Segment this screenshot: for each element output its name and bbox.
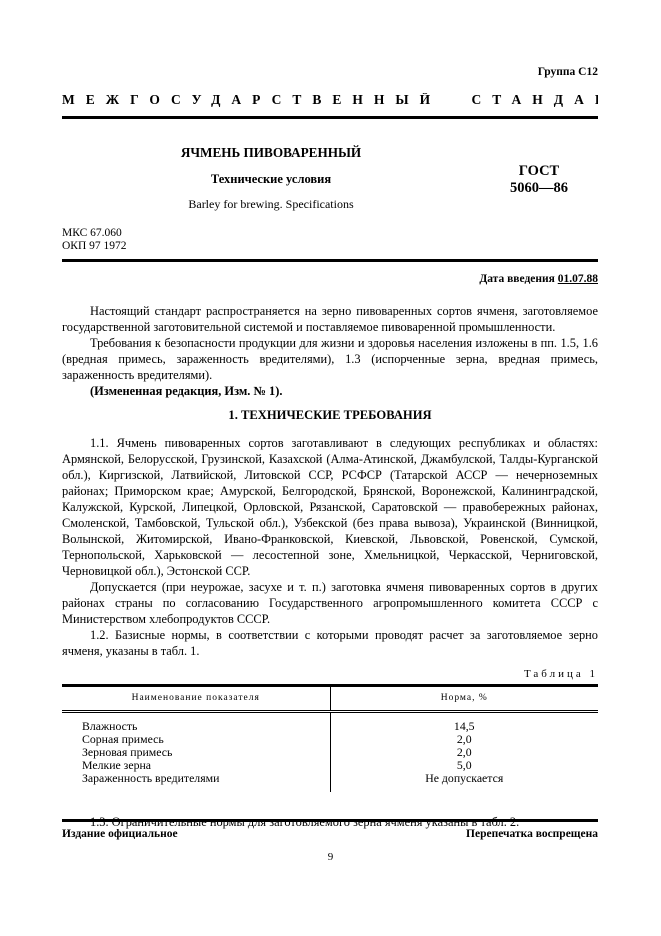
amendment-note: (Измененная редакция, Изм. № 1).	[62, 383, 598, 399]
group-label: Группа С12	[62, 0, 598, 78]
row-value: 14,5	[330, 712, 598, 734]
gost-designation: ГОСТ 5060—86	[480, 163, 598, 211]
title-block: ЯЧМЕНЬ ПИВОВАРЕННЫЙ Технические условия …	[62, 146, 598, 211]
effective-date-value: 01.07.88	[558, 273, 598, 285]
standard-type-heading: МЕЖГОСУДАРСТВЕННЫЙ СТАНДАРТ	[62, 93, 598, 107]
document-body: Настоящий стандарт распространяется на з…	[62, 303, 598, 830]
paragraph-safety: Требования к безопасности продукции для …	[62, 335, 598, 383]
table-row: Зараженность вредителями Не допускается	[62, 772, 598, 792]
okp-code: ОКП 97 1972	[62, 240, 598, 253]
document-subtitle: Технические условия	[62, 173, 480, 186]
gost-designation-label: ГОСТ	[480, 163, 598, 180]
section-1-heading: 1. ТЕХНИЧЕСКИЕ ТРЕБОВАНИЯ	[62, 407, 598, 423]
document-page: Группа С12 МЕЖГОСУДАРСТВЕННЫЙ СТАНДАРТ Я…	[0, 0, 661, 936]
row-value: Не допускается	[330, 772, 598, 792]
footer: Издание официальное Перепечатка воспреще…	[62, 819, 598, 841]
official-edition-label: Издание официальное	[62, 828, 178, 841]
gost-designation-number: 5060—86	[480, 180, 598, 197]
effective-date-label: Дата введения	[479, 273, 555, 285]
document-title: ЯЧМЕНЬ ПИВОВАРЕННЫЙ	[62, 146, 480, 160]
table-row: Влажность 14,5	[62, 712, 598, 734]
column-header-norm: Норма, %	[330, 686, 598, 712]
paragraph-allowance: Допускается (при неурожае, засухе и т. п…	[62, 579, 598, 627]
row-label: Зараженность вредителями	[62, 772, 330, 792]
mks-code: МКС 67.060	[62, 227, 598, 240]
classification-codes: МКС 67.060 ОКП 97 1972	[62, 227, 598, 252]
codes-rule	[62, 259, 598, 262]
table-header-row: Наименование показателя Норма, %	[62, 686, 598, 712]
reprint-prohibited-label: Перепечатка воспрещена	[466, 828, 598, 841]
page-number: 9	[0, 851, 661, 863]
document-subtitle-en: Barley for brewing. Specifications	[62, 198, 480, 211]
effective-date-line: Дата введения 01.07.88	[62, 273, 598, 286]
header-rule	[62, 116, 598, 119]
row-label: Влажность	[62, 712, 330, 734]
paragraph-scope: Настоящий стандарт распространяется на з…	[62, 303, 598, 335]
table-1: Наименование показателя Норма, % Влажнос…	[62, 684, 598, 792]
table-1-label: Таблица 1	[62, 668, 598, 680]
column-header-indicator: Наименование показателя	[62, 686, 330, 712]
paragraph-1-2: 1.2. Базисные нормы, в соответствии с ко…	[62, 627, 598, 659]
paragraph-1-1: 1.1. Ячмень пивоваренных сортов заготавл…	[62, 435, 598, 579]
